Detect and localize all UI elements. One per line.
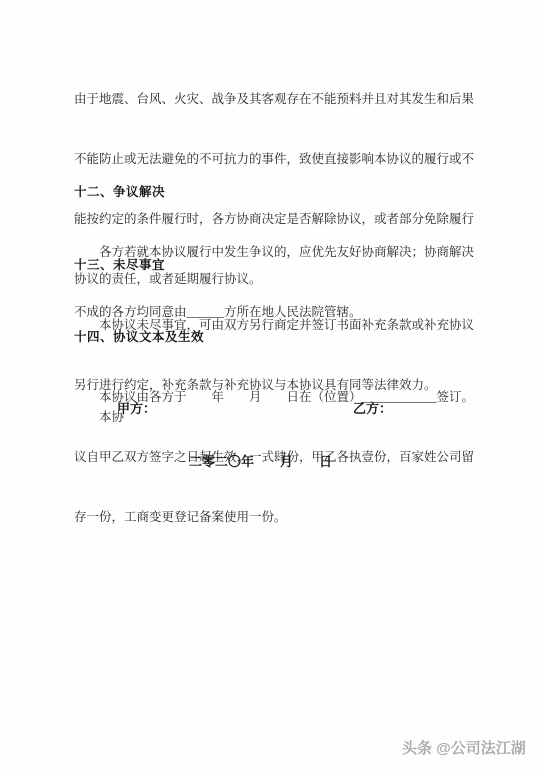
toutiao-watermark: 头条 @公司法江湖	[402, 740, 526, 758]
section-text-and-effect: 十四、协议文本及生效 本协议由各方于 年 月 日在（位置）___________…	[74, 287, 478, 567]
section-heading: 十三、未尽事宜	[74, 255, 478, 275]
paragraph-line: 由于地震、台风、火灾、战争及其客观存在不能预料并且对其发生和后果	[74, 89, 478, 109]
section-line: 存一份，工商变更登记备案使用一份。	[74, 507, 478, 527]
party-a-label: 甲方：	[117, 399, 156, 419]
section-heading: 十二、争议解决	[74, 182, 478, 202]
signature-row: 甲方： 乙方：	[0, 399, 545, 419]
date-line: 二零二〇年 月 日	[189, 452, 332, 472]
party-b-label: 乙方：	[353, 399, 392, 419]
section-heading: 十四、协议文本及生效	[74, 327, 478, 347]
document-page: 由于地震、台风、火灾、战争及其客观存在不能预料并且对其发生和后果 不能防止或无法…	[0, 0, 545, 770]
